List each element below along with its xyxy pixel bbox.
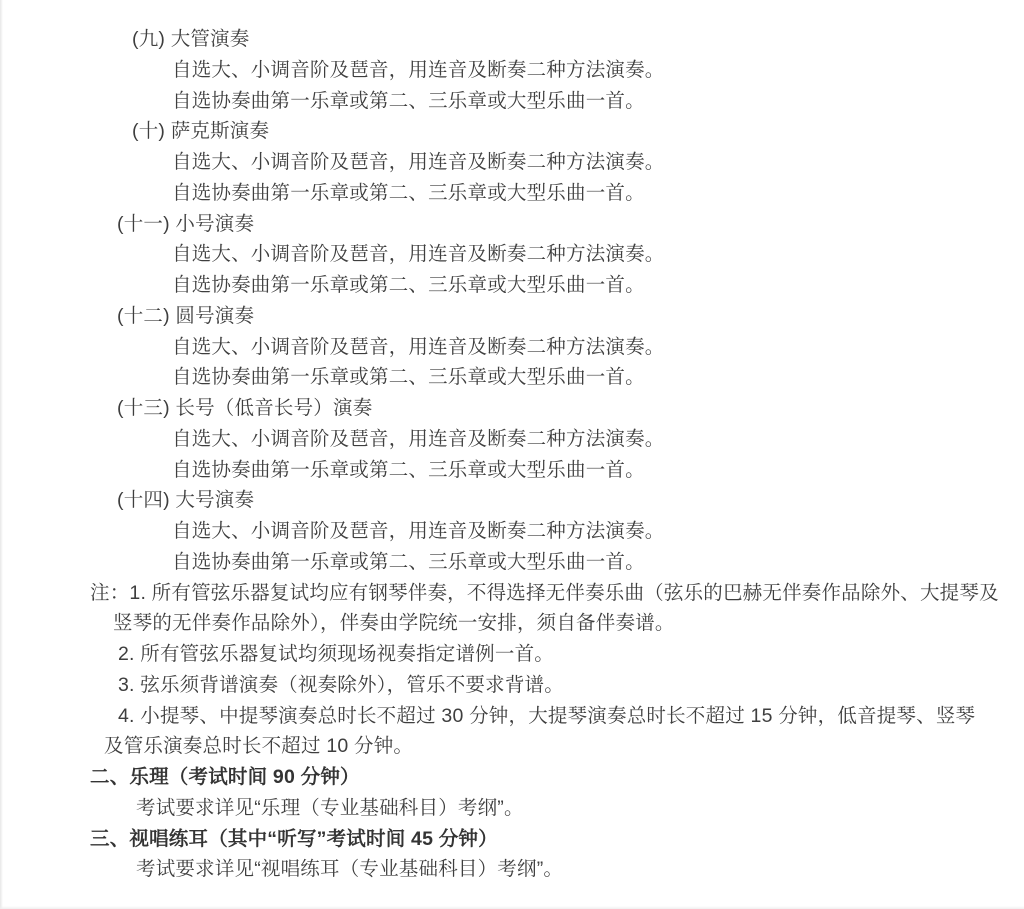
exam-note-1-continued: 竖琴的无伴奏作品除外），伴奏由学院统一安排，须自备伴奏谱。 — [0, 608, 1024, 639]
item-requirement: 自选大、小调音阶及琶音，用连音及断奏二种方法演奏。 — [0, 424, 1024, 455]
section-note-ear-training: 考试要求详见“视唱练耳（专业基础科目）考纲”。 — [0, 854, 1024, 885]
item-requirement: 自选大、小调音阶及琶音，用连音及断奏二种方法演奏。 — [0, 239, 1024, 270]
item-requirement: 自选大、小调音阶及琶音，用连音及断奏二种方法演奏。 — [0, 55, 1024, 86]
item-requirement: 自选协奏曲第一乐章或第二、三乐章或大型乐曲一首。 — [0, 455, 1024, 486]
section-note-music-theory: 考试要求详见“乐理（专业基础科目）考纲”。 — [0, 793, 1024, 824]
item-requirement: 自选协奏曲第一乐章或第二、三乐章或大型乐曲一首。 — [0, 86, 1024, 117]
item-heading-tuba: (十四) 大号演奏 — [0, 485, 1024, 516]
item-heading-french-horn: (十二) 圆号演奏 — [0, 301, 1024, 332]
document-page: (九) 大管演奏 自选大、小调音阶及琶音，用连音及断奏二种方法演奏。 自选协奏曲… — [0, 0, 1024, 909]
exam-note-2: 2. 所有管弦乐器复试均须现场视奏指定谱例一首。 — [0, 639, 1024, 670]
exam-note-1: 注：1. 所有管弦乐器复试均应有钢琴伴奏，不得选择无伴奏乐曲（弦乐的巴赫无伴奏作… — [0, 578, 1024, 609]
item-heading-trumpet: (十一) 小号演奏 — [0, 209, 1024, 240]
item-requirement: 自选协奏曲第一乐章或第二、三乐章或大型乐曲一首。 — [0, 270, 1024, 301]
section-heading-ear-training: 三、视唱练耳（其中“听写”考试时间 45 分钟） — [0, 824, 1024, 855]
page-left-edge-shadow — [0, 0, 3, 909]
item-requirement: 自选协奏曲第一乐章或第二、三乐章或大型乐曲一首。 — [0, 362, 1024, 393]
item-requirement: 自选大、小调音阶及琶音，用连音及断奏二种方法演奏。 — [0, 332, 1024, 363]
item-requirement: 自选大、小调音阶及琶音，用连音及断奏二种方法演奏。 — [0, 516, 1024, 547]
section-heading-music-theory: 二、乐理（考试时间 90 分钟） — [0, 762, 1024, 793]
exam-note-4-continued: 及管乐演奏总时长不超过 10 分钟。 — [0, 731, 1024, 762]
item-heading-bassoon: (九) 大管演奏 — [0, 24, 1024, 55]
item-requirement: 自选大、小调音阶及琶音，用连音及断奏二种方法演奏。 — [0, 147, 1024, 178]
item-requirement: 自选协奏曲第一乐章或第二、三乐章或大型乐曲一首。 — [0, 178, 1024, 209]
item-requirement: 自选协奏曲第一乐章或第二、三乐章或大型乐曲一首。 — [0, 547, 1024, 578]
item-heading-saxophone: (十) 萨克斯演奏 — [0, 116, 1024, 147]
item-heading-trombone: (十三) 长号（低音长号）演奏 — [0, 393, 1024, 424]
exam-note-3: 3. 弦乐须背谱演奏（视奏除外），管乐不要求背谱。 — [0, 670, 1024, 701]
exam-note-4: 4. 小提琴、中提琴演奏总时长不超过 30 分钟，大提琴演奏总时长不超过 15 … — [0, 701, 1024, 732]
